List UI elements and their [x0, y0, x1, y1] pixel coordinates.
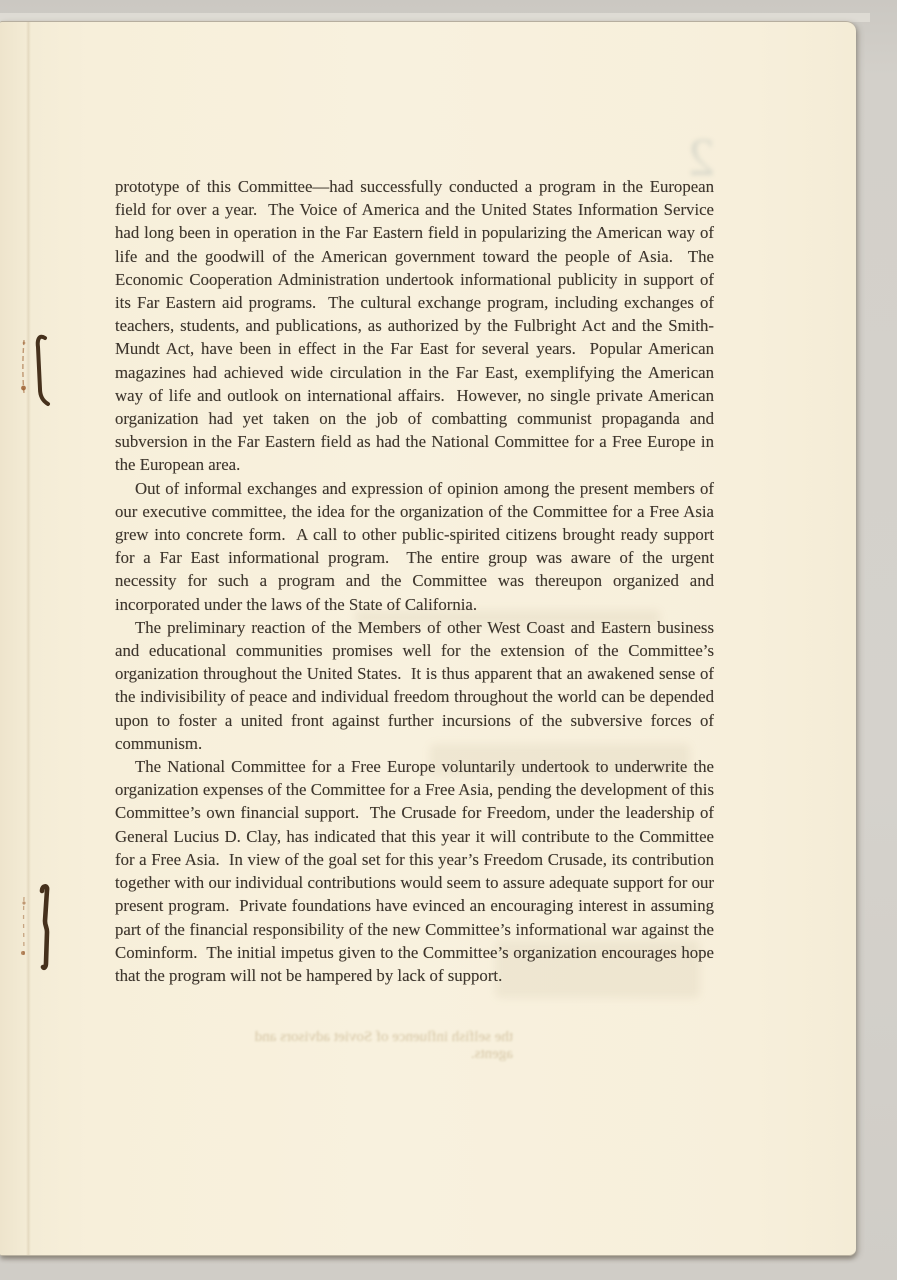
staple-top-icon [18, 331, 54, 411]
show-through-text: the selfish influence of Soviet advisors… [228, 1029, 513, 1063]
paragraph: The National Committee for a Free Europe… [115, 755, 714, 987]
rust-stain [21, 951, 25, 955]
body-text: prototype of this Committee—had successf… [115, 175, 714, 987]
paragraph: Out of informal exchanges and expression… [115, 477, 714, 616]
page-crease [26, 22, 31, 1255]
staple-bottom-icon [18, 881, 54, 973]
paragraph: The preliminary reaction of the Members … [115, 616, 714, 755]
document-page: 2 the selfish influence of Soviet adviso… [0, 21, 856, 1256]
rust-stain [23, 342, 26, 345]
staple-wire [38, 337, 48, 404]
scan-background: 2 the selfish influence of Soviet adviso… [0, 0, 897, 1280]
rust-stain [21, 386, 26, 391]
rust-stain [23, 340, 24, 393]
staple-wire [42, 886, 47, 967]
paragraph: prototype of this Committee—had successf… [115, 175, 714, 477]
rust-stain [22, 901, 25, 904]
